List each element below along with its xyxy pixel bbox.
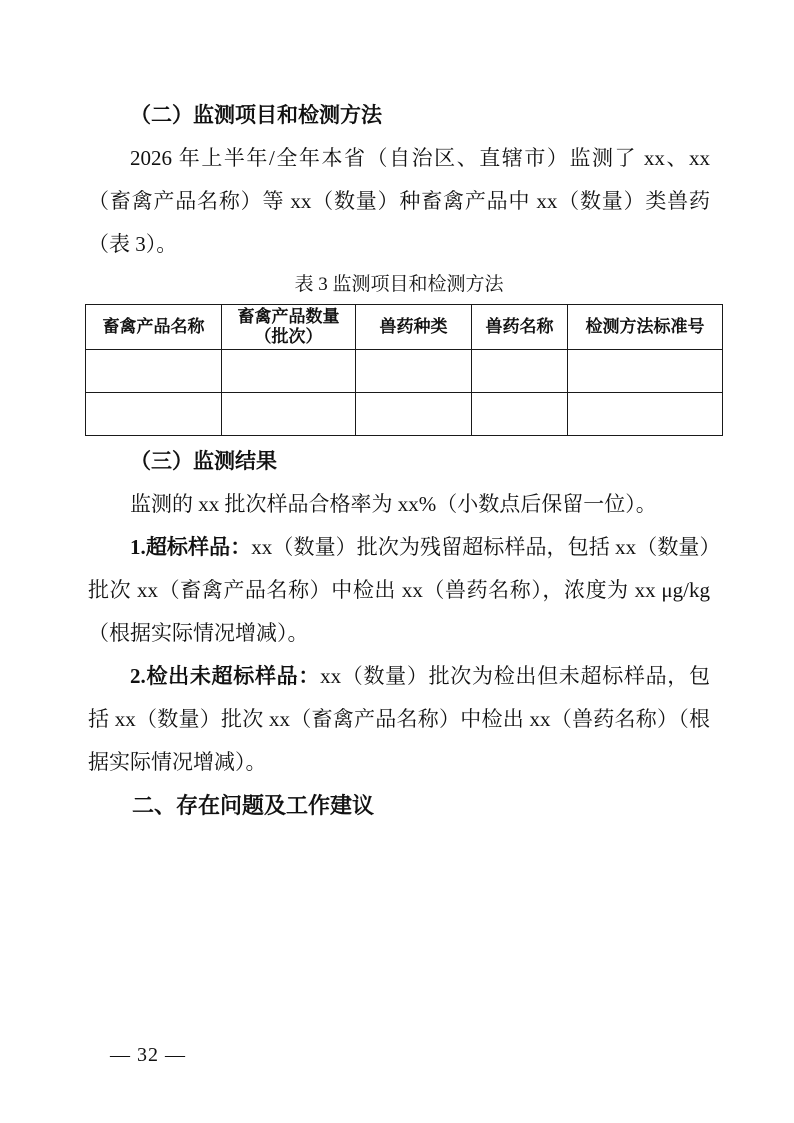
table-row bbox=[86, 393, 723, 436]
paragraph-monitoring-intro: 2026 年上半年/全年本省（自治区、直辖市）监测了 xx、xx（畜禽产品名称）… bbox=[88, 137, 710, 266]
table-cell-empty bbox=[356, 350, 472, 393]
table-cell-empty bbox=[472, 350, 568, 393]
table-caption: 表 3 监测项目和检测方法 bbox=[88, 268, 710, 302]
exceeding-samples-label: 1.超标样品： bbox=[130, 535, 251, 559]
table-cell-empty bbox=[86, 350, 222, 393]
table-cell-empty bbox=[86, 393, 222, 436]
table-header-product-quantity: 畜禽产品数量 （批次） bbox=[222, 305, 356, 350]
table-header-row: 畜禽产品名称 畜禽产品数量 （批次） 兽药种类 兽药名称 检测方法标准号 bbox=[86, 305, 723, 350]
table-header-drug-name: 兽药名称 bbox=[472, 305, 568, 350]
document-page: （二）监测项目和检测方法 2026 年上半年/全年本省（自治区、直辖市）监测了 … bbox=[0, 0, 794, 1123]
table-row bbox=[86, 350, 723, 393]
table-cell-empty bbox=[568, 393, 723, 436]
table-cell-empty bbox=[222, 350, 356, 393]
table-cell-empty bbox=[568, 350, 723, 393]
paragraph-detected-not-exceeding-samples: 2.检出未超标样品：xx（数量）批次为检出但未超标样品，包括 xx（数量）批次 … bbox=[88, 655, 710, 784]
detected-not-exceeding-label: 2.检出未超标样品： bbox=[130, 664, 320, 688]
table-cell-empty bbox=[222, 393, 356, 436]
page-number: — 32 — bbox=[110, 1042, 186, 1068]
document-content: （二）监测项目和检测方法 2026 年上半年/全年本省（自治区、直辖市）监测了 … bbox=[0, 0, 794, 827]
table-cell-empty bbox=[472, 393, 568, 436]
table-header-product-name: 畜禽产品名称 bbox=[86, 305, 222, 350]
table-header-method-standard: 检测方法标准号 bbox=[568, 305, 723, 350]
table-header-drug-type: 兽药种类 bbox=[356, 305, 472, 350]
table-cell-empty bbox=[356, 393, 472, 436]
monitoring-table: 畜禽产品名称 畜禽产品数量 （批次） 兽药种类 兽药名称 检测方法标准号 bbox=[85, 304, 723, 436]
section-heading-problems-suggestions: 二、存在问题及工作建议 bbox=[88, 784, 710, 827]
paragraph-pass-rate: 监测的 xx 批次样品合格率为 xx%（小数点后保留一位）。 bbox=[88, 483, 710, 526]
section-heading-monitoring-items-methods: （二）监测项目和检测方法 bbox=[88, 94, 710, 137]
paragraph-exceeding-samples: 1.超标样品：xx（数量）批次为残留超标样品，包括 xx（数量）批次 xx（畜禽… bbox=[88, 526, 710, 655]
table-body bbox=[86, 350, 723, 436]
section-heading-monitoring-results: （三）监测结果 bbox=[88, 440, 710, 483]
